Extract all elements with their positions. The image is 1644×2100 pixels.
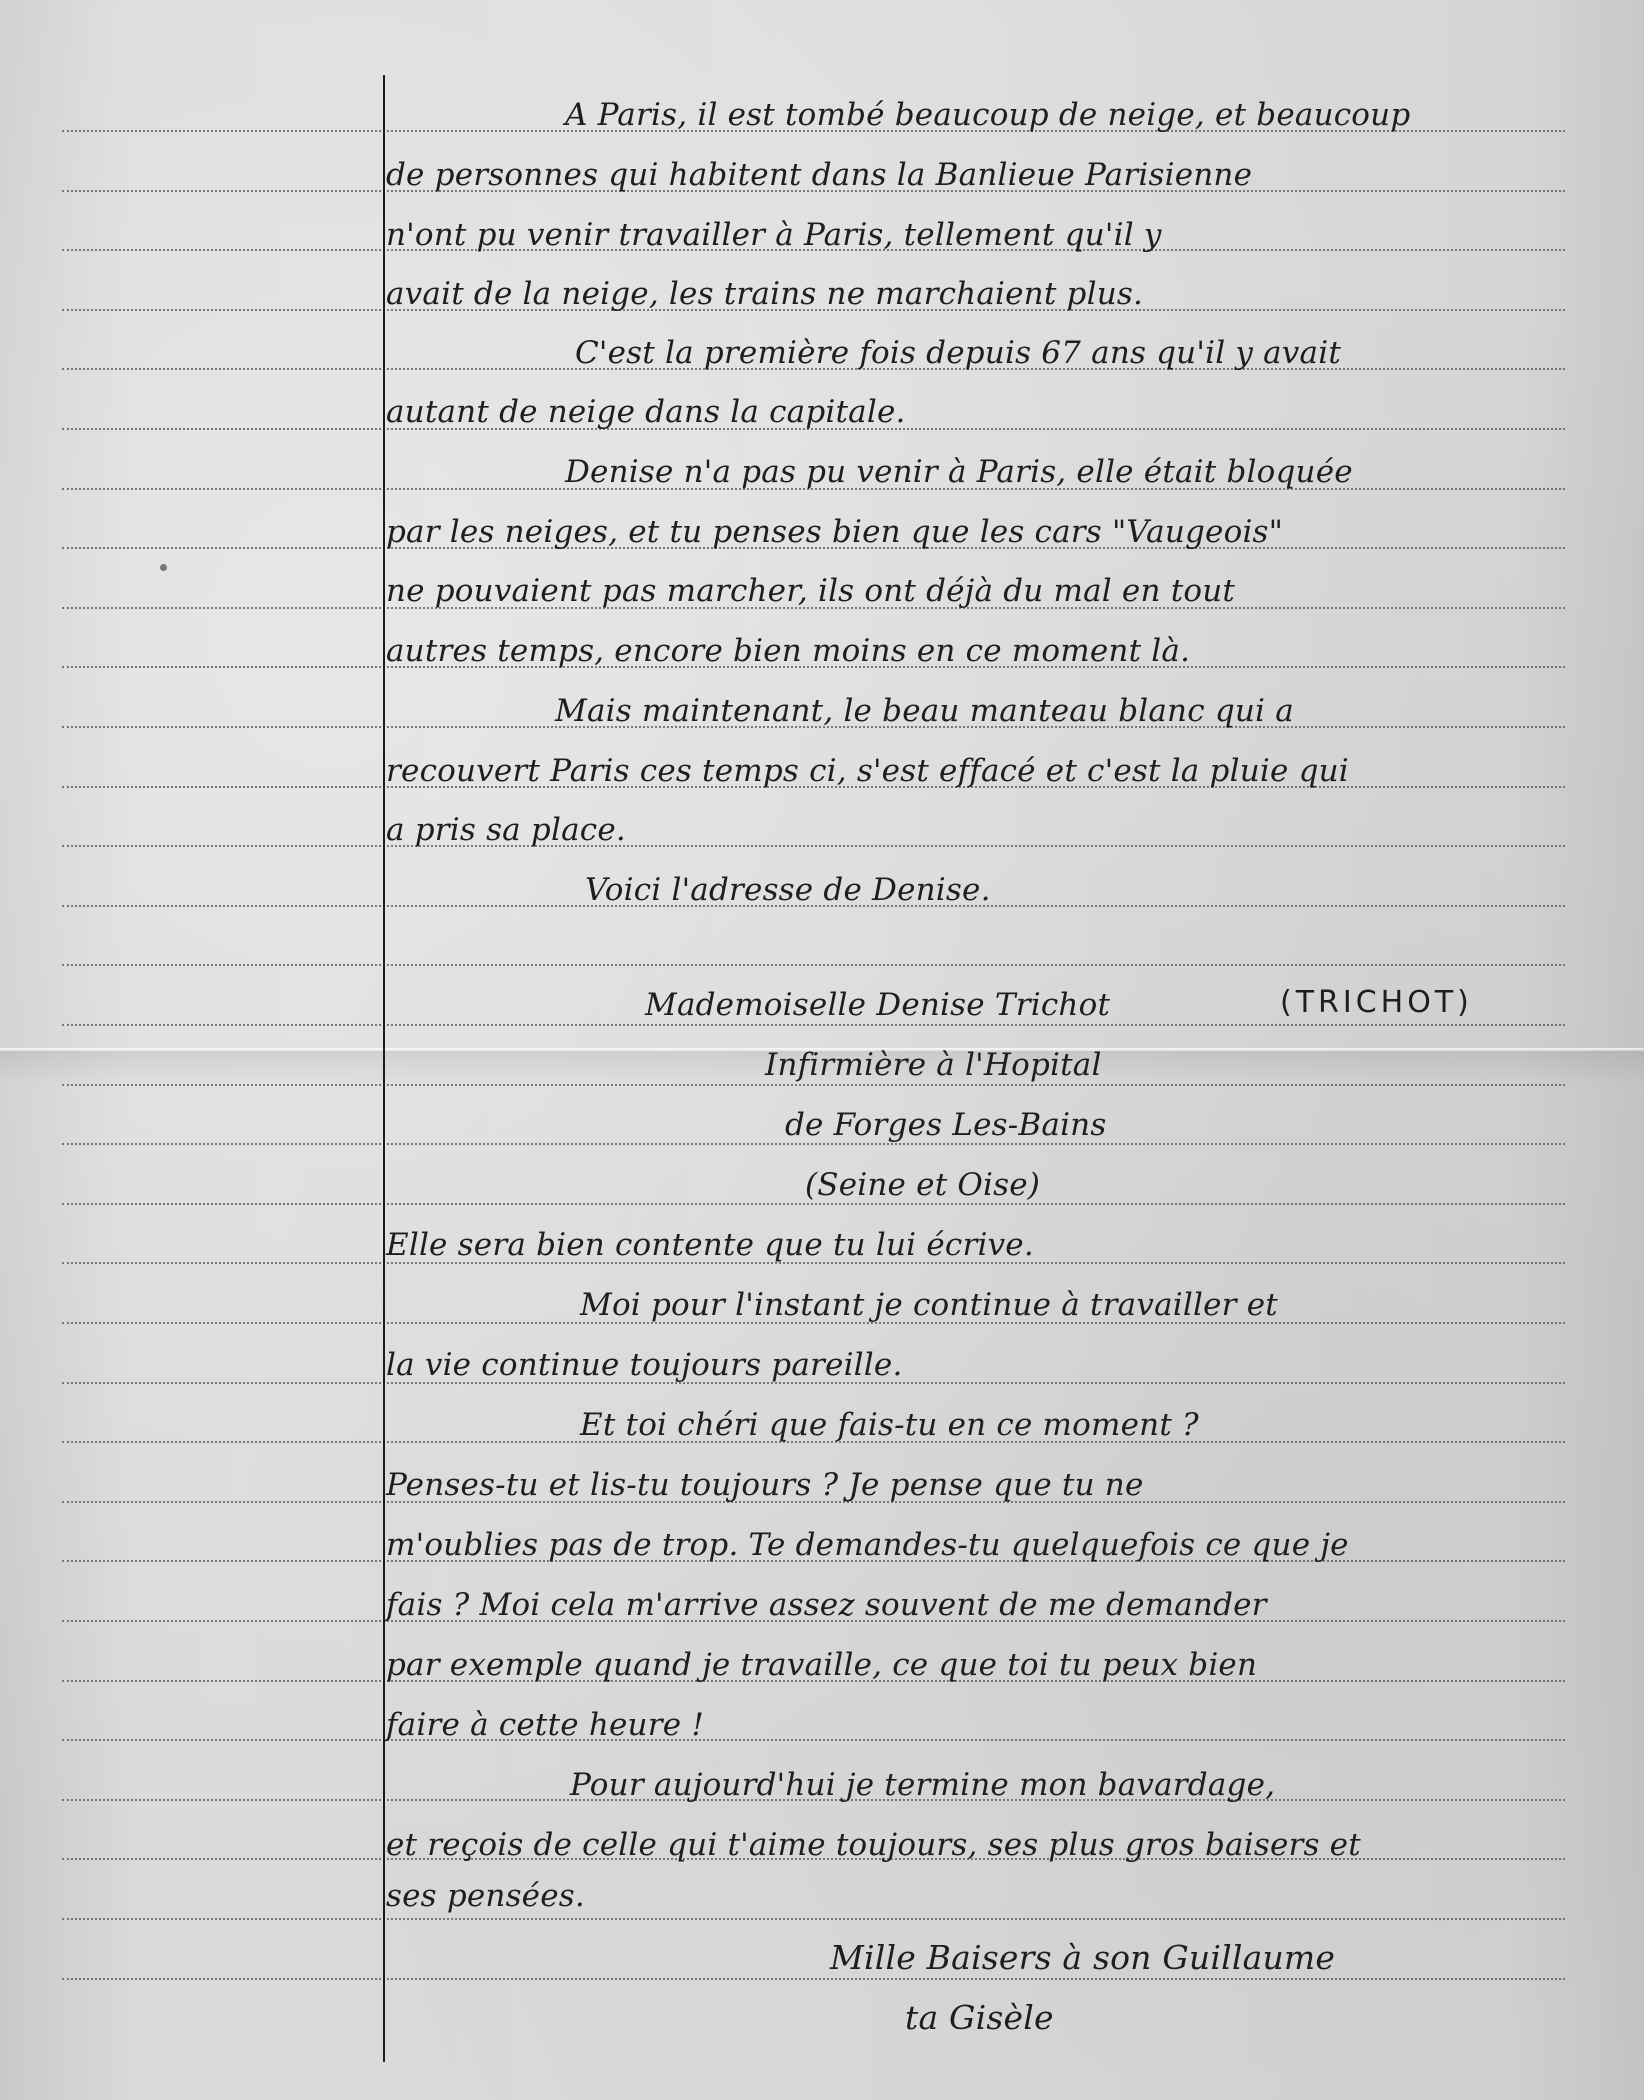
text-line: ses pensées. (386, 1881, 585, 1912)
address-name-caps: (TRICHOT) (1280, 988, 1473, 1018)
ruled-line (62, 1143, 1565, 1145)
signoff-line: Mille Baisers à son Guillaume (830, 1941, 1335, 1974)
ruled-line (62, 1084, 1565, 1086)
text-line: Voici l'adresse de Denise. (585, 875, 991, 906)
text-line: C'est la première fois depuis 67 ans qu'… (575, 338, 1341, 369)
ruled-line (62, 1918, 1565, 1920)
text-line: autres temps, encore bien moins en ce mo… (386, 636, 1190, 667)
text-line: m'oublies pas de trop. Te demandes-tu qu… (386, 1530, 1349, 1561)
address-line: de Forges Les-Bains (785, 1110, 1106, 1141)
ruled-line (62, 964, 1565, 966)
text-line: Elle sera bien contente que tu lui écriv… (386, 1230, 1034, 1261)
text-line: autant de neige dans la capitale. (386, 397, 906, 428)
text-line: Denise n'a pas pu venir à Paris, elle ét… (565, 457, 1353, 488)
text-line: recouvert Paris ces temps ci, s'est effa… (386, 756, 1349, 787)
text-line: par les neiges, et tu penses bien que le… (386, 517, 1283, 548)
text-line: Mais maintenant, le beau manteau blanc q… (555, 696, 1294, 727)
ruled-line (62, 1203, 1565, 1205)
text-line: par exemple quand je travaille, ce que t… (386, 1650, 1257, 1681)
address-line: Infirmière à l'Hopital (765, 1050, 1102, 1081)
address-name: Mademoiselle Denise Trichot (645, 990, 1110, 1021)
ruled-line (62, 1024, 1565, 1026)
ruled-line (62, 845, 1565, 847)
margin-rule (383, 75, 385, 2062)
text-line: et reçois de celle qui t'aime toujours, … (386, 1830, 1361, 1861)
signature: ta Gisèle (905, 2001, 1054, 2034)
text-line: Penses-tu et lis-tu toujours ? Je pense … (386, 1470, 1144, 1501)
ruled-line (62, 1739, 1565, 1741)
text-line: Et toi chéri que fais-tu en ce moment ? (580, 1410, 1199, 1441)
text-line: n'ont pu venir travailler à Paris, telle… (386, 220, 1162, 251)
text-line: A Paris, il est tombé beaucoup de neige,… (565, 100, 1410, 131)
text-line: de personnes qui habitent dans la Banlie… (386, 160, 1252, 191)
text-line: faire à cette heure ! (386, 1710, 704, 1741)
ink-spot (160, 564, 167, 571)
letter-page: A Paris, il est tombé beaucoup de neige,… (0, 0, 1644, 2100)
text-line: la vie continue toujours pareille. (386, 1350, 903, 1381)
address-line: (Seine et Oise) (805, 1170, 1040, 1201)
text-line: a pris sa place. (386, 815, 626, 846)
text-line: avait de la neige, les trains ne marchai… (386, 279, 1143, 310)
text-line: Moi pour l'instant je continue à travail… (580, 1290, 1278, 1321)
text-line: Pour aujourd'hui je termine mon bavardag… (570, 1770, 1275, 1801)
ruled-line (62, 1978, 1565, 1980)
text-line: ne pouvaient pas marcher, ils ont déjà d… (386, 576, 1235, 607)
text-line: fais ? Moi cela m'arrive assez souvent d… (386, 1590, 1267, 1621)
